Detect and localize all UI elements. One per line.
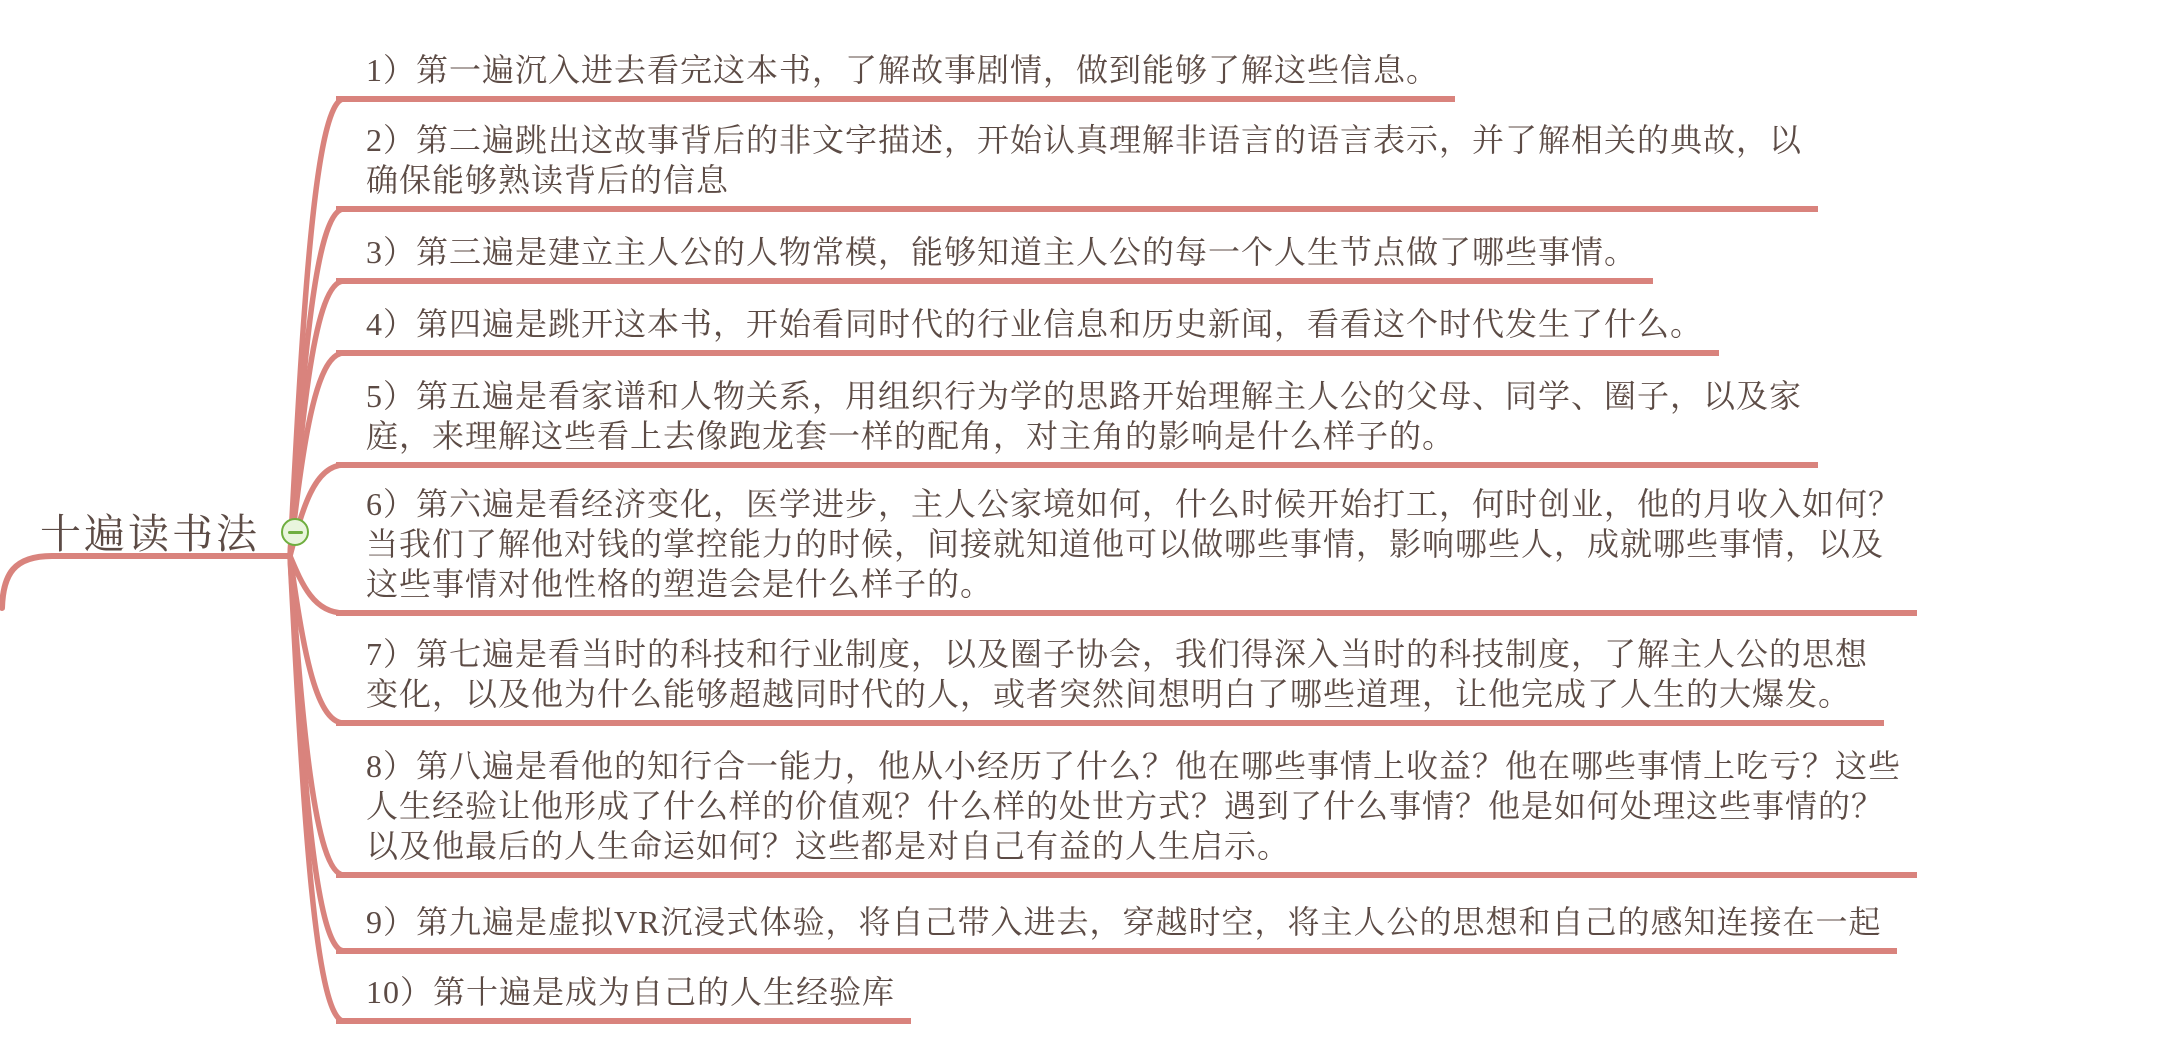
branch-line: 7）第七遍是看当时的科技和行业制度，以及圈子协会，我们得深入当时的科技制度，了解… xyxy=(366,634,1868,674)
branch-topic-2[interactable]: 2）第二遍跳出这故事背后的非文字描述，开始认真理解非语言的语言表示，并了解相关的… xyxy=(336,120,1818,212)
root-topic[interactable]: 十遍读书法 xyxy=(40,501,260,560)
branch-topic-1[interactable]: 1）第一遍沉入进去看完这本书，了解故事剧情，做到能够了解这些信息。 xyxy=(336,50,1455,102)
collapse-button[interactable] xyxy=(281,518,309,546)
branch-line: 5）第五遍是看家谱和人物关系，用组织行为学的思路开始理解主人公的父母、同学、圈子… xyxy=(366,376,1802,416)
branch-line: 庭，来理解这些看上去像跑龙套一样的配角，对主角的影响是什么样子的。 xyxy=(366,416,1802,456)
branch-topic-10[interactable]: 10）第十遍是成为自己的人生经验库 xyxy=(336,972,911,1024)
branch-topic-8[interactable]: 8）第八遍是看他的知行合一能力，他从小经历了什么？他在哪些事情上收益？他在哪些事… xyxy=(336,746,1917,878)
branch-line: 变化，以及他为什么能够超越同时代的人，或者突然间想明白了哪些道理，让他完成了人生… xyxy=(366,674,1868,714)
branch-line: 当我们了解他对钱的掌控能力的时候，间接就知道他可以做哪些事情，影响哪些人，成就哪… xyxy=(366,524,1901,564)
branch-line: 确保能够熟读背后的信息 xyxy=(366,160,1802,200)
branch-line: 这些事情对他性格的塑造会是什么样子的。 xyxy=(366,564,1901,604)
branch-line: 1）第一遍沉入进去看完这本书，了解故事剧情，做到能够了解这些信息。 xyxy=(366,50,1439,90)
minus-icon xyxy=(288,531,303,534)
mindmap-canvas: 十遍读书法 1）第一遍沉入进去看完这本书，了解故事剧情，做到能够了解这些信息。2… xyxy=(0,0,2160,1050)
branch-line: 4）第四遍是跳开这本书，开始看同时代的行业信息和历史新闻，看看这个时代发生了什么… xyxy=(366,304,1703,344)
branch-topic-5[interactable]: 5）第五遍是看家谱和人物关系，用组织行为学的思路开始理解主人公的父母、同学、圈子… xyxy=(336,376,1818,468)
branch-topic-6[interactable]: 6）第六遍是看经济变化，医学进步，主人公家境如何，什么时候开始打工，何时创业，他… xyxy=(336,484,1917,616)
branch-line: 6）第六遍是看经济变化，医学进步，主人公家境如何，什么时候开始打工，何时创业，他… xyxy=(366,484,1901,524)
branch-topic-7[interactable]: 7）第七遍是看当时的科技和行业制度，以及圈子协会，我们得深入当时的科技制度，了解… xyxy=(336,634,1884,726)
branch-line: 9）第九遍是虚拟VR沉浸式体验，将自己带入进去，穿越时空，将主人公的思想和自己的… xyxy=(366,902,1881,942)
branch-topic-4[interactable]: 4）第四遍是跳开这本书，开始看同时代的行业信息和历史新闻，看看这个时代发生了什么… xyxy=(336,304,1719,356)
branch-line: 2）第二遍跳出这故事背后的非文字描述，开始认真理解非语言的语言表示，并了解相关的… xyxy=(366,120,1802,160)
branch-topic-3[interactable]: 3）第三遍是建立主人公的人物常模，能够知道主人公的每一个人生节点做了哪些事情。 xyxy=(336,232,1653,284)
branch-line: 人生经验让他形成了什么样的价值观？什么样的处世方式？遇到了什么事情？他是如何处理… xyxy=(366,786,1901,826)
branch-line: 8）第八遍是看他的知行合一能力，他从小经历了什么？他在哪些事情上收益？他在哪些事… xyxy=(366,746,1901,786)
branch-line: 以及他最后的人生命运如何？这些都是对自己有益的人生启示。 xyxy=(366,826,1901,866)
branch-line: 10）第十遍是成为自己的人生经验库 xyxy=(366,972,895,1012)
branch-line: 3）第三遍是建立主人公的人物常模，能够知道主人公的每一个人生节点做了哪些事情。 xyxy=(366,232,1637,272)
root-underline xyxy=(2,556,290,608)
branch-topic-9[interactable]: 9）第九遍是虚拟VR沉浸式体验，将自己带入进去，穿越时空，将主人公的思想和自己的… xyxy=(336,902,1897,954)
